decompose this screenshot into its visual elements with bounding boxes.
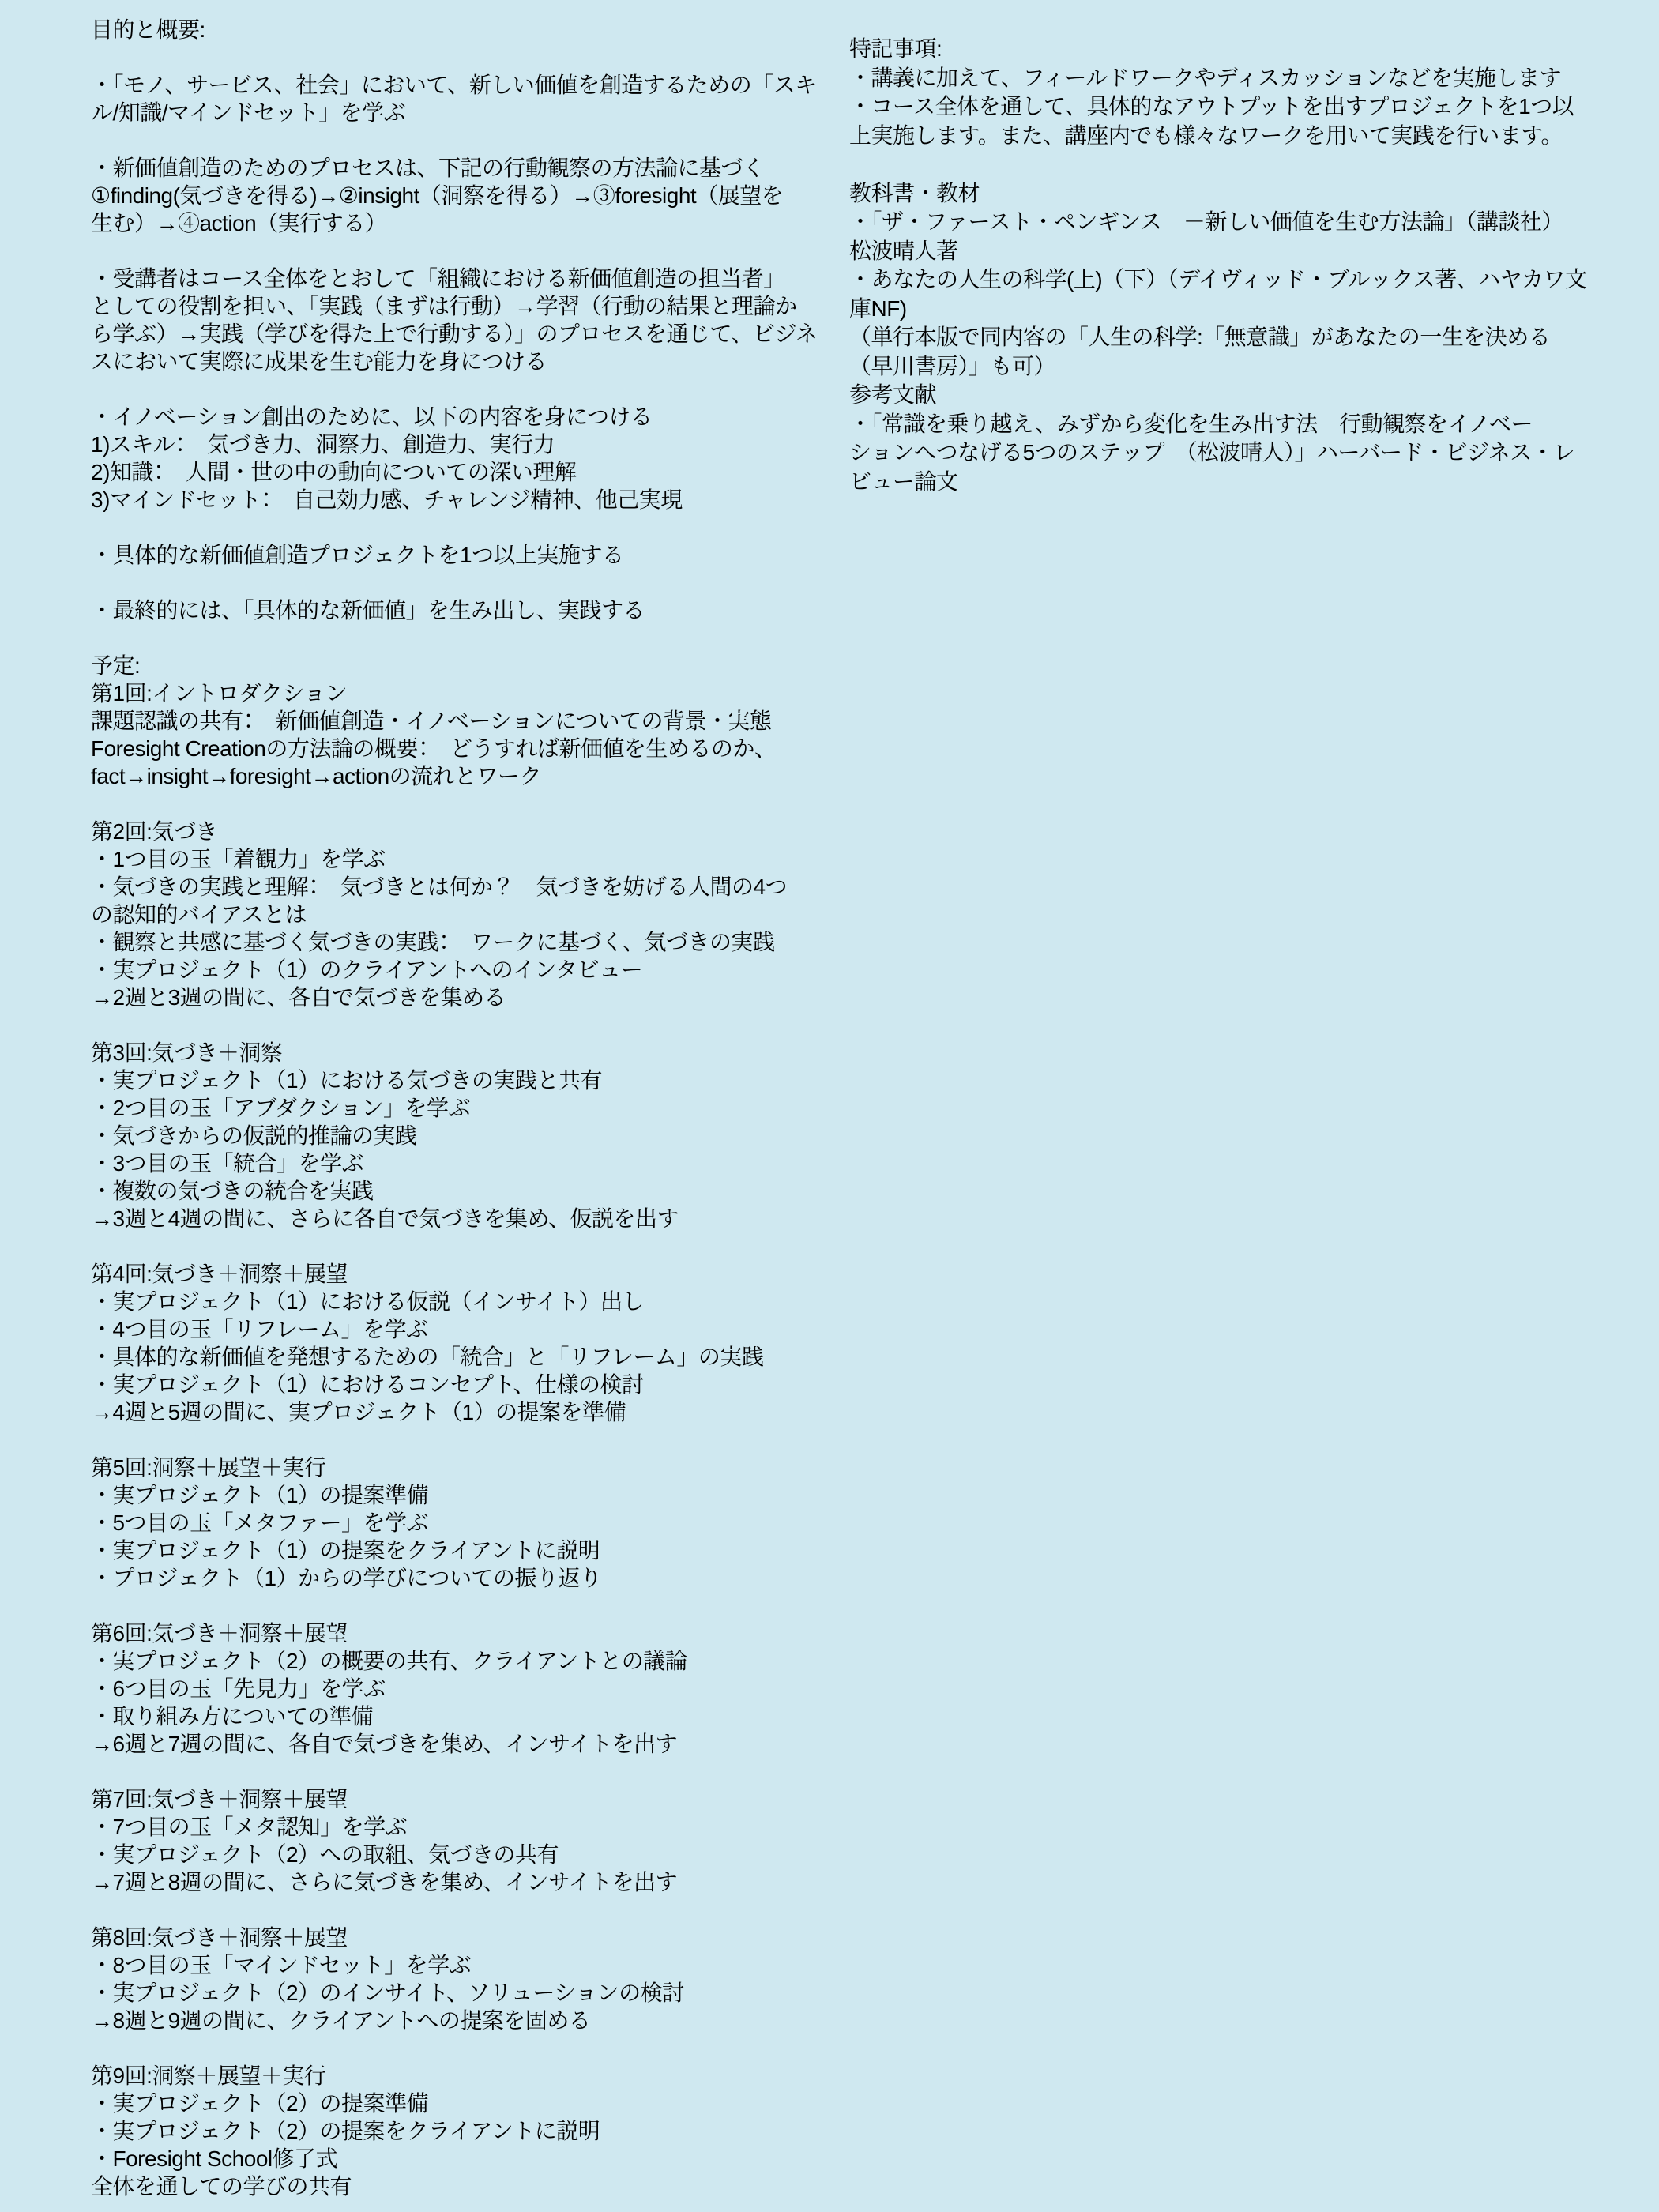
text-line: 第9回:洞察＋展望＋実行 — [91, 2062, 818, 2090]
purpose-heading: 目的と概要: — [91, 16, 818, 43]
course-overview-column: 目的と概要:・「モノ、サービス、社会」において、新しい価値を創造するための「スキ… — [91, 16, 818, 2200]
text-line: →4週と5週の間に、実プロジェクト（1）の提案を準備 — [91, 1398, 818, 1426]
text-line: ・8つ目の玉「マインドセット」を学ぶ — [91, 1951, 818, 1979]
text-line: ・Foresight School修了式 — [91, 2145, 818, 2172]
text-line: ・複数の気づきの統合を実践 — [91, 1177, 818, 1205]
text-line: としての役割を担い、「実践（まずは行動）→学習（行動の結果と理論か — [91, 292, 818, 320]
schedule-session-8: 第8回:気づき＋洞察＋展望・8つ目の玉「マインドセット」を学ぶ・実プロジェクト（… — [91, 1924, 818, 2034]
text-line: 目的と概要: — [91, 16, 818, 43]
text-line: ・講義に加えて、フィールドワークやディスカッションなどを実施します — [849, 64, 1587, 93]
text-line: →3週と4週の間に、さらに各自で気づきを集め、仮説を出す — [91, 1205, 818, 1232]
text-line: ・プロジェクト（1）からの学びについての振り返り — [91, 1564, 818, 1592]
text-line: 全体を通しての学びの共有 — [91, 2172, 818, 2200]
text-line: 第3回:気づき＋洞察 — [91, 1039, 818, 1066]
text-line: ・「モノ、サービス、社会」において、新しい価値を創造するための「スキ — [91, 71, 818, 99]
text-line: ・新価値創造のためのプロセスは、下記の行動観察の方法論に基づく — [91, 154, 818, 182]
text-line: 庫NF) — [849, 295, 1587, 324]
text-line: ・あなたの人生の科学(上)（下）（デイヴィッド・ブルックス著、ハヤカワ文 — [849, 265, 1587, 295]
text-line: ・観察と共感に基づく気づきの実践： ワークに基づく、気づきの実践 — [91, 928, 818, 956]
schedule-session-9: 第9回:洞察＋展望＋実行・実プロジェクト（2）の提案準備・実プロジェクト（2）の… — [91, 2062, 818, 2200]
text-line: 第2回:気づき — [91, 818, 818, 845]
schedule-session-6: 第6回:気づき＋洞察＋展望・実プロジェクト（2）の概要の共有、クライアントとの議… — [91, 1619, 818, 1758]
schedule-session-5: 第5回:洞察＋展望＋実行・実プロジェクト（1）の提案準備・5つ目の玉「メタファー… — [91, 1454, 818, 1592]
text-line: ・実プロジェクト（2）のインサイト、ソリューションの検討 — [91, 1979, 818, 2007]
text-line: ・実プロジェクト（1）における気づきの実践と共有 — [91, 1066, 818, 1094]
text-line: ・実プロジェクト（1）のクライアントへのインタビュー — [91, 956, 818, 984]
text-line: 2)知識： 人間・世の中の動向についての深い理解 — [91, 458, 818, 486]
text-line: ・3つ目の玉「統合」を学ぶ — [91, 1149, 818, 1177]
purpose-item-1: ・「モノ、サービス、社会」において、新しい価値を創造するための「スキル/知識/マ… — [91, 71, 818, 126]
text-line: ・実プロジェクト（2）の概要の共有、クライアントとの議論 — [91, 1647, 818, 1675]
text-line: ・「ザ・ファースト・ペンギンス －新しい価値を生む方法論」（講談社） — [849, 208, 1587, 237]
text-line: ・実プロジェクト（2）の提案をクライアントに説明 — [91, 2117, 818, 2145]
text-line: 松波晴人著 — [849, 237, 1587, 266]
text-line: ・1つ目の玉「着観力」を学ぶ — [91, 845, 818, 873]
text-line: fact→insight→foresight→actionの流れとワーク — [91, 762, 818, 790]
text-line: ら学ぶ）→実践（学びを得た上で行動する）」のプロセスを通じて、ビジネ — [91, 320, 818, 348]
purpose-item-5: ・具体的な新価値創造プロジェクトを1つ以上実施する — [91, 541, 818, 569]
schedule-session-2: 第2回:気づき・1つ目の玉「着観力」を学ぶ・気づきの実践と理解： 気づきとは何か… — [91, 818, 818, 1011]
text-line: 3)マインドセット： 自己効力感、チャレンジ精神、他己実現 — [91, 486, 818, 513]
schedule-session-3: 第3回:気づき＋洞察・実プロジェクト（1）における気づきの実践と共有・2つ目の玉… — [91, 1039, 818, 1232]
purpose-item-3: ・受講者はコース全体をとおして「組織における新価値創造の担当者」としての役割を担… — [91, 265, 818, 375]
special-notes: 特記事項:・講義に加えて、フィールドワークやディスカッションなどを実施します・コ… — [849, 35, 1587, 150]
text-line: →7週と8週の間に、さらに気づきを集め、インサイトを出す — [91, 1868, 818, 1896]
schedule-session-1: 予定:第1回:イントロダクション課題認識の共有： 新価値創造・イノベーションにつ… — [91, 652, 818, 790]
text-line: 上実施します。また、講座内でも様々なワークを用いて実践を行います。 — [849, 122, 1587, 151]
purpose-item-6: ・最終的には、「具体的な新価値」を生み出し、実践する — [91, 596, 818, 624]
text-line: ・「常識を乗り越え、みずから変化を生み出す法 行動観察をイノベー — [849, 410, 1587, 439]
notes-column: 特記事項:・講義に加えて、フィールドワークやディスカッションなどを実施します・コ… — [849, 35, 1587, 496]
textbooks-and-references: 教科書・教材・「ザ・ファースト・ペンギンス －新しい価値を生む方法論」（講談社）… — [849, 179, 1587, 497]
text-line: 第5回:洞察＋展望＋実行 — [91, 1454, 818, 1481]
text-line: ションへつなげる5つのステップ （松波晴人）」ハーバード・ビジネス・レ — [849, 438, 1587, 468]
text-line: 第8回:気づき＋洞察＋展望 — [91, 1924, 818, 1951]
text-line: ・具体的な新価値創造プロジェクトを1つ以上実施する — [91, 541, 818, 569]
text-line: 生む）→④action（実行する） — [91, 209, 818, 237]
text-line: ・実プロジェクト（1）におけるコンセプト、仕様の検討 — [91, 1371, 818, 1398]
schedule-session-7: 第7回:気づき＋洞察＋展望・7つ目の玉「メタ認知」を学ぶ・実プロジェクト（2）へ… — [91, 1785, 818, 1896]
text-line: ・実プロジェクト（2）の提案準備 — [91, 2090, 818, 2117]
text-line: ・実プロジェクト（1）における仮説（インサイト）出し — [91, 1288, 818, 1315]
text-line: スにおいて実際に成果を生む能力を身につける — [91, 348, 818, 375]
text-line: 第1回:イントロダクション — [91, 679, 818, 707]
text-line: ①finding(気づきを得る)→②insight（洞察を得る）→③foresi… — [91, 182, 818, 209]
text-line: →6週と7週の間に、各自で気づきを集め、インサイトを出す — [91, 1730, 818, 1758]
text-line: ・取り組み方についての準備 — [91, 1702, 818, 1730]
text-line: →8週と9週の間に、クライアントへの提案を固める — [91, 2007, 818, 2034]
purpose-item-2: ・新価値創造のためのプロセスは、下記の行動観察の方法論に基づく①finding(… — [91, 154, 818, 237]
text-line: 課題認識の共有： 新価値創造・イノベーションについての背景・実態 — [91, 707, 818, 735]
text-line: の認知的バイアスとは — [91, 901, 818, 928]
text-line: ・4つ目の玉「リフレーム」を学ぶ — [91, 1315, 818, 1343]
text-line: 第6回:気づき＋洞察＋展望 — [91, 1619, 818, 1647]
text-line: ・イノベーション創出のために、以下の内容を身につける — [91, 403, 818, 431]
purpose-item-4: ・イノベーション創出のために、以下の内容を身につける1)スキル： 気づき力、洞察… — [91, 403, 818, 513]
text-line: →2週と3週の間に、各自で気づきを集める — [91, 984, 818, 1011]
text-line: ・最終的には、「具体的な新価値」を生み出し、実践する — [91, 596, 818, 624]
text-line: （早川書房）」も可） — [849, 352, 1587, 382]
text-line: ・実プロジェクト（2）への取組、気づきの共有 — [91, 1841, 818, 1868]
text-line: ・気づきからの仮説的推論の実践 — [91, 1122, 818, 1149]
text-line: ・コース全体を通して、具体的なアウトプットを出すプロジェクトを1つ以 — [849, 92, 1587, 122]
text-line: ・6つ目の玉「先見力」を学ぶ — [91, 1675, 818, 1702]
text-line: 第7回:気づき＋洞察＋展望 — [91, 1785, 818, 1813]
text-line: ・5つ目の玉「メタファー」を学ぶ — [91, 1509, 818, 1537]
text-line: ・実プロジェクト（1）の提案をクライアントに説明 — [91, 1537, 818, 1564]
text-line: （単行本版で同内容の「人生の科学:「無意識」があなたの一生を決める — [849, 323, 1587, 352]
text-line: 教科書・教材 — [849, 179, 1587, 209]
syllabus-document: 目的と概要:・「モノ、サービス、社会」において、新しい価値を創造するための「スキ… — [0, 0, 1659, 2212]
text-line: 1)スキル： 気づき力、洞察力、創造力、実行力 — [91, 431, 818, 458]
text-line: ・実プロジェクト（1）の提案準備 — [91, 1481, 818, 1509]
text-line: 特記事項: — [849, 35, 1587, 64]
text-line: 第4回:気づき＋洞察＋展望 — [91, 1260, 818, 1288]
text-line: Foresight Creationの方法論の概要： どうすれば新価値を生めるの… — [91, 735, 818, 762]
text-line: ・7つ目の玉「メタ認知」を学ぶ — [91, 1813, 818, 1841]
text-line: ・受講者はコース全体をとおして「組織における新価値創造の担当者」 — [91, 265, 818, 292]
text-line: ビュー論文 — [849, 468, 1587, 497]
text-line: ・気づきの実践と理解： 気づきとは何か？ 気づきを妨げる人間の4つ — [91, 873, 818, 901]
text-line: ル/知識/マインドセット」を学ぶ — [91, 99, 818, 126]
text-line: 参考文献 — [849, 381, 1587, 410]
text-line: ・具体的な新価値を発想するための「統合」と「リフレーム」の実践 — [91, 1343, 818, 1371]
schedule-session-4: 第4回:気づき＋洞察＋展望・実プロジェクト（1）における仮説（インサイト）出し・… — [91, 1260, 818, 1426]
text-line: 予定: — [91, 652, 818, 679]
text-line: ・2つ目の玉「アブダクション」を学ぶ — [91, 1094, 818, 1122]
